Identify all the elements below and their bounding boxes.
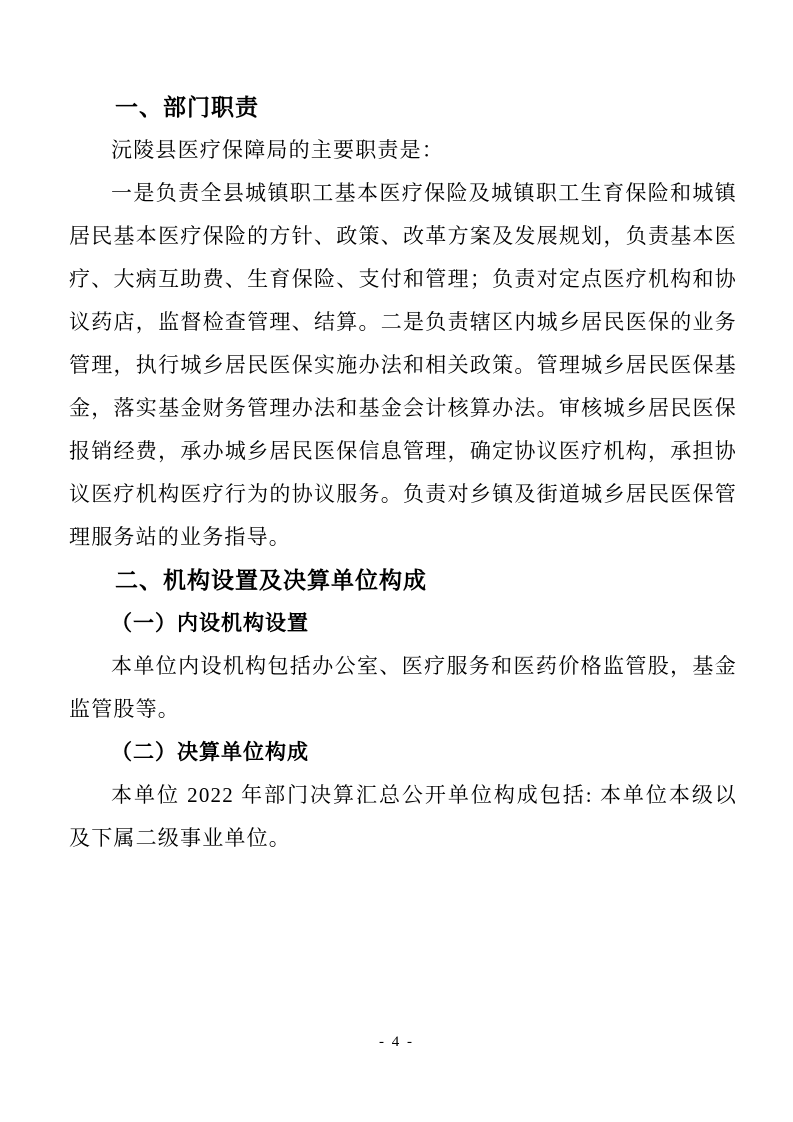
- unit-composition-paragraph: 本单位 2022 年部门决算汇总公开单位构成包括: 本单位本级以及下属二级事业单…: [69, 774, 737, 860]
- section-heading-responsibilities: 一、部门职责: [69, 86, 737, 129]
- document-page: 一、部门职责 沅陵县医疗保障局的主要职责是： 一是负责全县城镇职工基本医疗保险及…: [0, 0, 793, 1122]
- responsibilities-body-paragraph: 一是负责全县城镇职工基本医疗保险及城镇职工生育保险和城镇居民基本医疗保险的方针、…: [69, 172, 737, 559]
- responsibilities-intro-paragraph: 沅陵县医疗保障局的主要职责是：: [69, 129, 737, 172]
- subsection-heading-internal-structure: （一）内设机构设置: [69, 602, 737, 645]
- subsection-heading-unit-composition: （二）决算单位构成: [69, 731, 737, 774]
- section-heading-organization: 二、机构设置及决算单位构成: [69, 559, 737, 602]
- document-content: 一、部门职责 沅陵县医疗保障局的主要职责是： 一是负责全县城镇职工基本医疗保险及…: [69, 86, 737, 860]
- internal-structure-paragraph: 本单位内设机构包括办公室、医疗服务和医药价格监管股，基金监管股等。: [69, 645, 737, 731]
- page-number: - 4 -: [0, 1031, 793, 1053]
